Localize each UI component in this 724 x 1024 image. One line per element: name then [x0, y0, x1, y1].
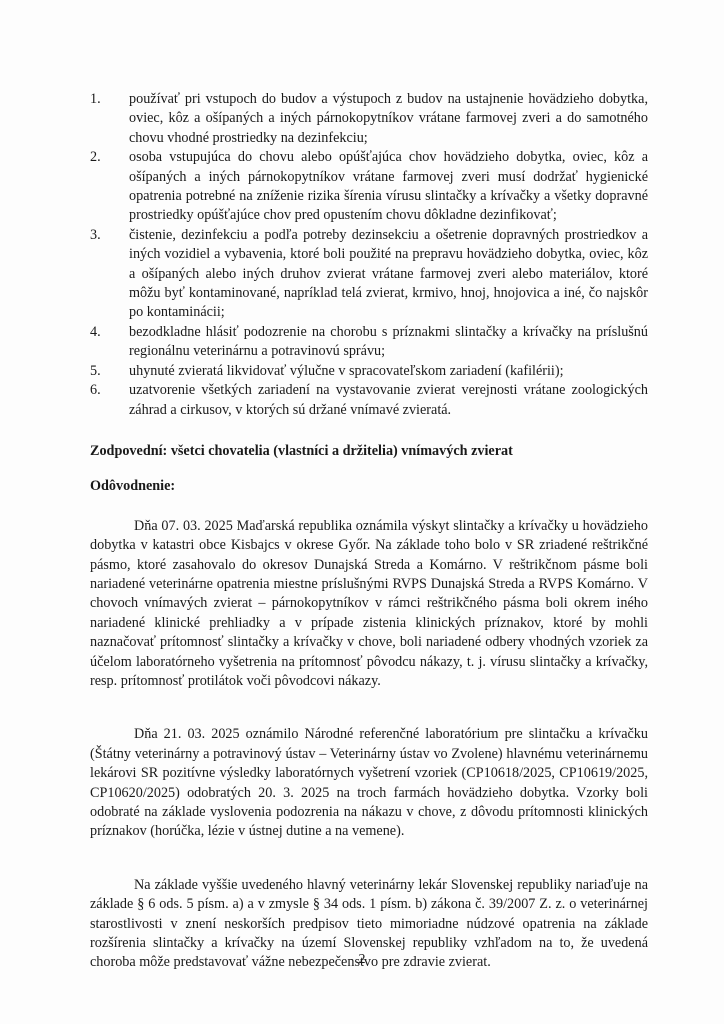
measure-text: čistenie, dezinfekciu a podľa potreby de… [129, 227, 648, 321]
measure-number: 5. [90, 362, 101, 381]
measure-item: 3. čistenie, dezinfekciu a podľa potreby… [90, 226, 648, 323]
measure-number: 4. [90, 323, 101, 342]
measure-number: 6. [90, 381, 101, 400]
measure-text: používať pri vstupoch do budov a výstupo… [129, 91, 648, 146]
measure-number: 2. [90, 148, 101, 167]
measure-text: bezodkladne hlásiť podozrenie na chorobu… [129, 324, 648, 359]
justification-paragraph: Dňa 21. 03. 2025 oznámilo Národné refere… [90, 725, 648, 841]
page-content: 1. používať pri vstupoch do budov a výst… [90, 90, 648, 973]
measure-item: 5. uhynuté zvieratá likvidovať výlučne v… [90, 362, 648, 381]
measure-item: 4. bezodkladne hlásiť podozrenie na chor… [90, 323, 648, 362]
justification-paragraph: Dňa 07. 03. 2025 Maďarská republika ozná… [90, 517, 648, 692]
document-page: 1. používať pri vstupoch do budov a výst… [0, 0, 724, 1024]
measure-item: 1. používať pri vstupoch do budov a výst… [90, 90, 648, 148]
responsible-heading: Zodpovední: všetci chovatelia (vlastníci… [90, 442, 648, 461]
page-number: 2 [0, 952, 724, 968]
measures-list: 1. používať pri vstupoch do budov a výst… [90, 90, 648, 420]
measure-item: 2. osoba vstupujúca do chovu alebo opúšť… [90, 148, 648, 226]
justification-heading: Odôvodnenie: [90, 477, 648, 496]
measure-text: uzatvorenie všetkých zariadení na vystav… [129, 382, 648, 417]
measure-item: 6. uzatvorenie všetkých zariadení na vys… [90, 381, 648, 420]
measure-number: 3. [90, 226, 101, 245]
measure-text: osoba vstupujúca do chovu alebo opúšťajú… [129, 149, 648, 223]
measure-text: uhynuté zvieratá likvidovať výlučne v sp… [129, 363, 564, 379]
measure-number: 1. [90, 90, 101, 109]
